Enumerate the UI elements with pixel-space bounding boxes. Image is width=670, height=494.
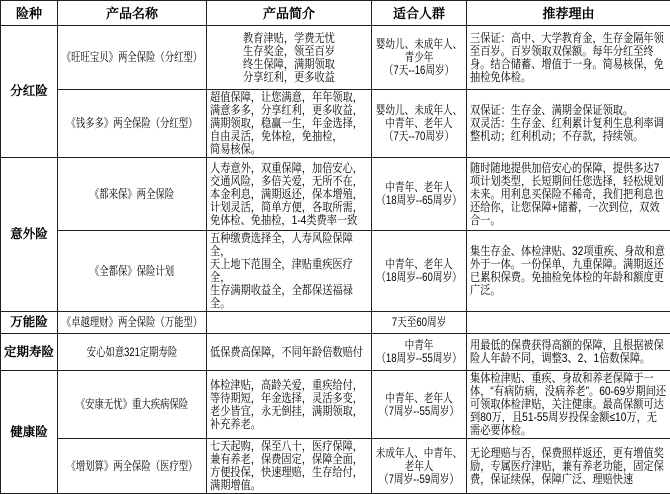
product-intro-cell: 超值保障，让您满意，年年领取， 满意多多，分享红利，更多收益， 满期领取，稳赢一… [207, 90, 372, 158]
col-header-insurance-type: 险种 [1, 1, 58, 26]
insurance-products-table: 险种 产品名称 产品简介 适合人群 推荐理由 分红险 《旺旺宝贝》两全保险（分红… [0, 0, 670, 494]
product-intro-cell: 七天起购，保至八十，医疗保障， 兼有养老，保费固定，保障全面， 方便投保，快速理… [207, 439, 372, 494]
category-accident-insurance: 意外险 [1, 158, 58, 312]
product-intro-text: 七天起购，保至八十，医疗保障， 兼有养老，保费固定，保障全面， 方便投保，快速理… [210, 440, 368, 492]
product-intro-text: 体检津贴，高龄关爱，重疾给付， 等待期短，年金选择，灵活多变， 老少皆宜，永无倒… [210, 379, 368, 431]
product-name-text: 《都来保》两全保险 [61, 188, 203, 201]
product-intro-text: 超值保障，让您满意，年年领取， 满意多多，分享红利，更多收益， 满期领取，稳赢一… [210, 91, 368, 156]
table-row: 定期寿险 安心如意321定期寿险 低保费高保障，不同年龄倍数赔付 中青年 （18… [1, 334, 670, 371]
table-row: 《钱多多》两全保险（分红型） 超值保障，让您满意，年年领取， 满意多多，分享红利… [1, 90, 670, 158]
category-term-life-insurance: 定期寿险 [1, 334, 58, 371]
product-name-text: 《安康无忧》重大疾病保险 [61, 398, 203, 411]
audience-text: 7天至60周岁 [375, 316, 463, 329]
audience-cell: 7天至60周岁 [372, 312, 467, 334]
reason-text: 双保证：生存金、满期金保证领取。 双灵活：生存金、红利累计复利生息利率调整机动；… [470, 104, 667, 143]
reason-cell: 集体检津贴、重疾、身故和养老保障于一体，“有病防病，没病养老”。60-69岁期间… [467, 371, 670, 439]
product-name-cell: 《增划算》两全保险（医疗型） [58, 439, 207, 494]
reason-text: 集生存金、体检津贴、32项重疾、身故和意外于一体。一份保单，九重保障。满期返还已… [470, 245, 667, 297]
category-dividend-insurance: 分红险 [1, 26, 58, 158]
audience-text: 婴幼儿、未成年人、 中青年、老年人 （7天--70周岁） [375, 104, 463, 143]
reason-cell: 无论理赔与否，保费照样返还，更有增值奖励，专属医疗津贴，兼有养老功能，固定保费，… [467, 439, 670, 494]
product-name-cell: 《旺旺宝贝》两全保险（分红型） [58, 26, 207, 90]
product-intro-cell: 体检津贴，高龄关爱，重疾给付， 等待期短，年金选择，灵活多变， 老少皆宜，永无倒… [207, 371, 372, 439]
reason-text: 无论理赔与否，保费照样返还，更有增值奖励，专属医疗津贴，兼有养老功能，固定保费，… [470, 447, 667, 486]
audience-text: 中青年、老年人 （18周岁--65周岁） [375, 181, 463, 207]
category-universal-insurance: 万能险 [1, 312, 58, 334]
reason-cell: 随时随地提供加倍安心的保障，提供多达7项计划类型，长短期间任您选择，轻松规划未来… [467, 158, 670, 231]
audience-cell: 婴幼儿、未成年人、 中青年、老年人 （7天--70周岁） [372, 90, 467, 158]
product-name-text: 《旺旺宝贝》两全保险（分红型） [61, 51, 203, 64]
audience-text: 中青年、老年人 （7周岁--55周岁） [375, 392, 463, 418]
audience-cell: 中青年、老年人 （18周岁--60周岁） [372, 231, 467, 312]
reason-text: 用最低的保费获得高额的保障，且根据被保险人年龄不同，调整3、2、1倍数保障。 [470, 339, 667, 365]
audience-cell: 中青年 （18周岁--55周岁） [372, 334, 467, 371]
col-header-recommendation: 推荐理由 [467, 1, 670, 26]
reason-cell: 用最低的保费获得高额的保障，且根据被保险人年龄不同，调整3、2、1倍数保障。 [467, 334, 670, 371]
audience-text: 未成年人、中青年、 老年人 （7周岁--59周岁） [375, 447, 463, 486]
product-name-cell: 《全都保》保险计划 [58, 231, 207, 312]
table-row: 《增划算》两全保险（医疗型） 七天起购，保至八十，医疗保障， 兼有养老，保费固定… [1, 439, 670, 494]
reason-text: 随时随地提供加倍安心的保障，提供多达7项计划类型，长短期间任您选择，轻松规划未来… [470, 162, 667, 227]
col-header-target-audience: 适合人群 [372, 1, 467, 26]
reason-cell: 集生存金、体检津贴、32项重疾、身故和意外于一体。一份保单，九重保障。满期返还已… [467, 231, 670, 312]
product-intro-cell: 五种缴费选择全，人寿风险保障全， 天上地下范围全，津贴重疾医疗全， 生存满期收益… [207, 231, 372, 312]
reason-cell: 三保证：高中、大学教育金，生存金隔年领至百岁。百岁领取双保额。每年分红至终身。结… [467, 26, 670, 90]
reason-cell [467, 312, 670, 334]
table-row: 意外险 《都来保》两全保险 人寿意外，双重保障，加倍安心， 交通风险，多倍关爱，… [1, 158, 670, 231]
reason-text: 三保证：高中、大学教育金，生存金隔年领至百岁。百岁领取双保额。每年分红至终身。结… [470, 32, 667, 84]
reason-text: 集体检津贴、重疾、身故和养老保障于一体，“有病防病，没病养老”。60-69岁期间… [470, 372, 667, 437]
product-intro-text: 低保费高保障，不同年龄倍数赔付 [210, 346, 368, 359]
audience-text: 中青年 （18周岁--55周岁） [375, 339, 463, 365]
product-name-text: 《增划算》两全保险（医疗型） [61, 460, 203, 473]
audience-text: 婴幼儿、未成年人、 青少年 （7天--16周岁） [375, 38, 463, 77]
product-intro-cell: 教育津贴，学费无忧 生存奖金，领至百岁 终生保障，满期领取 分享红利，更多收益 [207, 26, 372, 90]
audience-text: 中青年、老年人 （18周岁--60周岁） [375, 258, 463, 284]
product-name-text: 安心如意321定期寿险 [61, 346, 203, 359]
table-row: 《全都保》保险计划 五种缴费选择全，人寿风险保障全， 天上地下范围全，津贴重疾医… [1, 231, 670, 312]
product-intro-text: 人寿意外，双重保障，加倍安心， 交通风险，多倍关爱，无所不在， 本金利息，满期返… [210, 162, 368, 227]
table-row: 健康险 《安康无忧》重大疾病保险 体检津贴，高龄关爱，重疾给付， 等待期短，年金… [1, 371, 670, 439]
audience-cell: 未成年人、中青年、 老年人 （7周岁--59周岁） [372, 439, 467, 494]
product-intro-cell [207, 312, 372, 334]
reason-cell: 双保证：生存金、满期金保证领取。 双灵活：生存金、红利累计复利生息利率调整机动；… [467, 90, 670, 158]
header-row: 险种 产品名称 产品简介 适合人群 推荐理由 [1, 1, 670, 26]
product-intro-cell: 低保费高保障，不同年龄倍数赔付 [207, 334, 372, 371]
product-name-text: 《钱多多》两全保险（分红型） [61, 117, 203, 130]
product-name-cell: 安心如意321定期寿险 [58, 334, 207, 371]
col-header-product-intro: 产品简介 [207, 1, 372, 26]
insurance-products-page: 险种 产品名称 产品简介 适合人群 推荐理由 分红险 《旺旺宝贝》两全保险（分红… [0, 0, 670, 494]
audience-cell: 婴幼儿、未成年人、 青少年 （7天--16周岁） [372, 26, 467, 90]
audience-cell: 中青年、老年人 （7周岁--55周岁） [372, 371, 467, 439]
table-row: 万能险 《卓越理财》两全保险（万能型） 7天至60周岁 [1, 312, 670, 334]
category-health-insurance: 健康险 [1, 371, 58, 494]
table-row: 分红险 《旺旺宝贝》两全保险（分红型） 教育津贴，学费无忧 生存奖金，领至百岁 … [1, 26, 670, 90]
col-header-product-name: 产品名称 [58, 1, 207, 26]
product-name-cell: 《钱多多》两全保险（分红型） [58, 90, 207, 158]
audience-cell: 中青年、老年人 （18周岁--65周岁） [372, 158, 467, 231]
product-name-text: 《全都保》保险计划 [61, 265, 203, 278]
product-intro-text: 五种缴费选择全，人寿风险保障全， 天上地下范围全，津贴重疾医疗全， 生存满期收益… [210, 232, 368, 310]
product-name-cell: 《卓越理财》两全保险（万能型） [58, 312, 207, 334]
product-name-text: 《卓越理财》两全保险（万能型） [61, 316, 203, 329]
product-name-cell: 《都来保》两全保险 [58, 158, 207, 231]
product-intro-text: 教育津贴，学费无忧 生存奖金，领至百岁 终生保障，满期领取 分享红利，更多收益 [210, 32, 368, 84]
product-name-cell: 《安康无忧》重大疾病保险 [58, 371, 207, 439]
product-intro-cell: 人寿意外，双重保障，加倍安心， 交通风险，多倍关爱，无所不在， 本金利息，满期返… [207, 158, 372, 231]
